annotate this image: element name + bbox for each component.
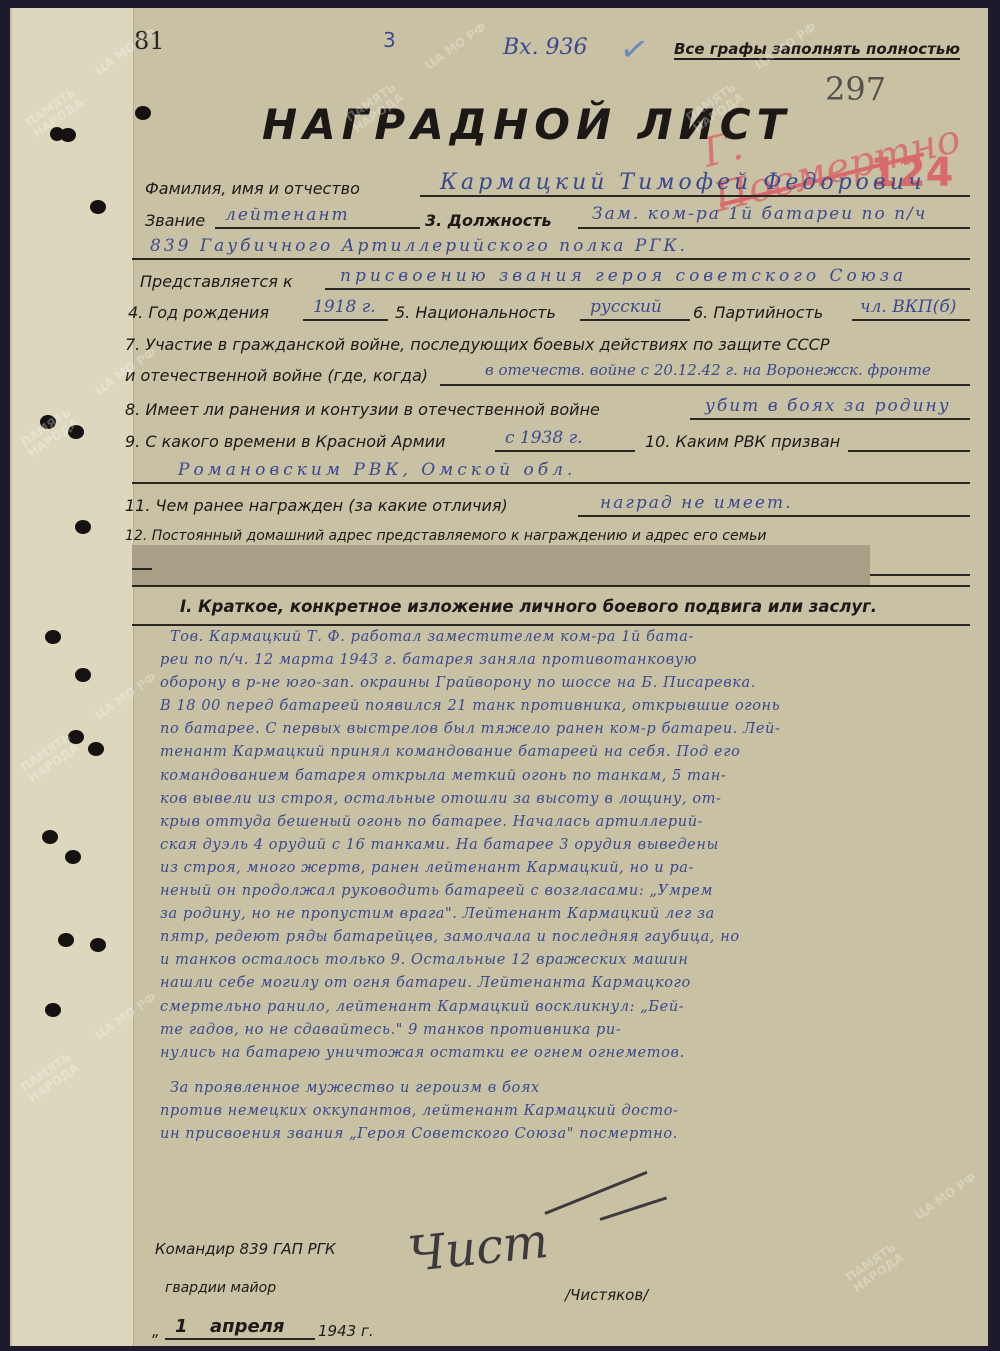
previous-awards-value: наград не имеет. <box>600 493 792 513</box>
document-title: НАГРАДНОЙ ЛИСТ <box>262 100 791 149</box>
nationality-underline <box>580 319 690 321</box>
narrative-line: ская дуэль 4 орудий с 16 танками. На бат… <box>160 834 980 857</box>
fio-value: Кармацкий Тимофей Федорович <box>440 170 926 195</box>
fio-label: Фамилия, имя и отчество <box>145 179 360 198</box>
section-divider-top <box>132 585 970 587</box>
narrative-line: те гадов, но не сдавайтесь." 9 танков пр… <box>160 1019 980 1042</box>
binding-hole <box>75 520 91 534</box>
narrative-line: и танков осталось только 9. Остальные 12… <box>160 949 980 972</box>
section-heading: I. Краткое, конкретное изложение личного… <box>180 597 877 616</box>
narrative-line: ин присвоения звания „Героя Советского С… <box>160 1123 980 1146</box>
binding-hole <box>45 630 61 644</box>
wounds-label: 8. Имеет ли ранения и контузии в отечест… <box>125 400 600 419</box>
narrative-line: реи по п/ч. 12 марта 1943 г. батарея зан… <box>160 649 980 672</box>
rank-value: лейтенант <box>225 205 350 225</box>
unit-underline <box>132 258 970 260</box>
rvk-value-underline <box>132 482 970 484</box>
fio-underline <box>420 195 970 197</box>
narrative-line: ков вывели из строя, остальные отошли за… <box>160 788 980 811</box>
previous-awards-label: 11. Чем ранее награжден (за какие отличи… <box>125 496 508 515</box>
nominated-underline <box>325 288 970 290</box>
rank-label: Звание <box>145 211 205 230</box>
birth-year-label: 4. Год рождения <box>128 303 269 322</box>
binding-hole <box>88 742 104 756</box>
nationality-value: русский <box>590 297 662 317</box>
binding-hole <box>68 425 84 439</box>
binding-hole <box>65 850 81 864</box>
party-label: 6. Партийность <box>693 303 823 322</box>
incoming-registration-mark: Вх. 936 <box>503 35 588 60</box>
narrative-line: по батарее. С первых выстрелов был тяжел… <box>160 718 980 741</box>
narrative-line: смертельно ранило, лейтенант Кармацкий в… <box>160 996 980 1019</box>
participation-label-2: и отечественной войне (где, когда) <box>125 366 428 385</box>
narrative-line: неный он продолжал руководить батареей с… <box>160 880 980 903</box>
previous-awards-underline <box>578 515 970 517</box>
commander-rank: гвардии майор <box>165 1280 276 1296</box>
participation-underline <box>440 384 970 386</box>
binding-hole <box>135 106 151 120</box>
address-label: 12. Постоянный домашний адрес представля… <box>125 528 766 544</box>
combat-narrative: Тов. Кармацкий Т. Ф. работал заместителе… <box>160 626 980 1146</box>
army-since-label: 9. С какого времени в Красной Армии <box>125 432 445 451</box>
binding-stub <box>12 8 134 1346</box>
narrative-line: За проявленное мужество и героизм в боях <box>160 1077 980 1100</box>
birth-year-value: 1918 г. <box>313 297 376 317</box>
binding-hole <box>40 415 56 429</box>
narrative-line: нашли себе могилу от огня батареи. Лейте… <box>160 972 980 995</box>
date-year: 1943 г. <box>318 1322 374 1340</box>
narrative-line: Тов. Кармацкий Т. Ф. работал заместителе… <box>160 626 980 649</box>
narrative-line: из строя, много жертв, ранен лейтенант К… <box>160 857 980 880</box>
narrative-line: оборону в р-не юго-зап. окраины Грайворо… <box>160 672 980 695</box>
wounds-value: убит в боях за родину <box>705 396 951 416</box>
date-day-underline <box>165 1338 315 1340</box>
narrative-line: тенант Кармацкий принял командование бат… <box>160 741 980 764</box>
ink-tick-mark: 3 <box>383 28 396 52</box>
participation-value: в отечеств. войне с 20.12.42 г. на Ворон… <box>485 361 931 379</box>
fill-all-fields-instruction: Все графы заполнять полностью <box>674 40 960 60</box>
binding-hole <box>75 668 91 682</box>
narrative-line: нулись на батарею уничтожая остатки ее о… <box>160 1042 980 1065</box>
narrative-line <box>160 1065 980 1077</box>
nationality-label: 5. Национальность <box>395 303 556 322</box>
binding-hole <box>58 933 74 947</box>
rank-underline <box>215 227 420 229</box>
date-month: апреля <box>210 1316 284 1337</box>
address-underline-left <box>132 568 152 570</box>
narrative-line: командованием батарея открыла меткий ого… <box>160 765 980 788</box>
binding-hole <box>50 127 64 141</box>
narrative-line: крыв оттуда бешеный огонь по батарее. На… <box>160 811 980 834</box>
party-value: чл. ВКП(б) <box>860 297 956 317</box>
nominated-label: Представляется к <box>140 272 293 291</box>
rvk-label: 10. Каким РВК призван <box>645 432 840 451</box>
date-day: 1 <box>175 1316 188 1337</box>
narrative-line: против немецких оккупантов, лейтенант Ка… <box>160 1100 980 1123</box>
birth-underline <box>303 319 388 321</box>
address-underline-right <box>870 574 970 576</box>
position-underline <box>578 227 970 229</box>
archive-sheet-number: 81 <box>134 27 165 55</box>
commander-name: /Чистяков/ <box>565 1286 648 1304</box>
position-value: Зам. ком-ра 1й батареи по п/ч <box>592 204 927 224</box>
nominated-value: присвоению звания героя советского Союза <box>340 266 907 286</box>
narrative-line: за родину, но не пропустим врага". Лейте… <box>160 903 980 926</box>
narrative-line: В 18 00 перед батареей появился 21 танк … <box>160 695 980 718</box>
party-underline <box>852 319 970 321</box>
redacted-address <box>132 545 870 585</box>
binding-hole <box>42 830 58 844</box>
commander-label: Командир 839 ГАП РГК <box>155 1240 336 1258</box>
position-label: 3. Должность <box>425 211 552 230</box>
binding-hole <box>45 1003 61 1017</box>
rvk-value: Романовским РВК, Омской обл. <box>178 460 576 480</box>
army-since-value: с 1938 г. <box>505 428 583 448</box>
unit-value: 839 Гаубичного Артиллерийского полка РГК… <box>150 236 688 256</box>
binding-hole <box>68 730 84 744</box>
binding-hole <box>90 200 106 214</box>
army-since-underline <box>495 450 635 452</box>
participation-label-1: 7. Участие в гражданской войне, последую… <box>125 335 829 354</box>
binding-hole <box>90 938 106 952</box>
rvk-underline <box>848 450 970 452</box>
narrative-line: пятр, редеют ряды батарейцев, замолчала … <box>160 926 980 949</box>
date-open-quote: „ <box>152 1322 160 1340</box>
wounds-underline <box>690 418 970 420</box>
